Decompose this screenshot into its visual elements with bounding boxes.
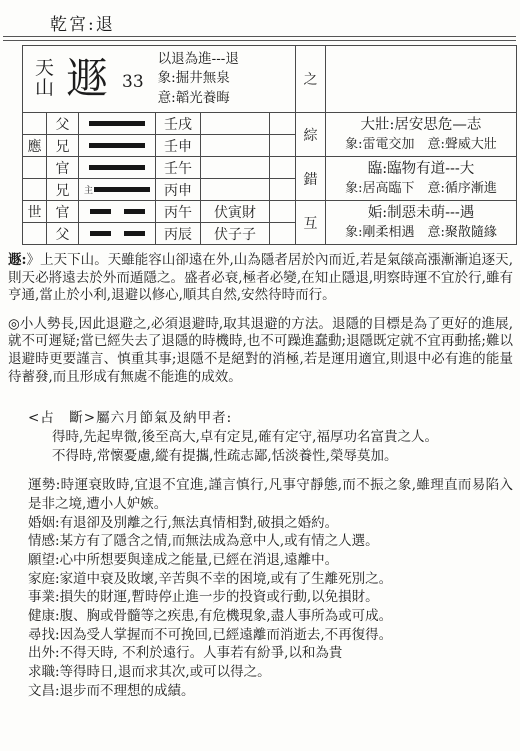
aspect-label: 婚姻:	[28, 515, 60, 531]
hexagram-number: 33	[114, 66, 152, 92]
relation-detail: 象:剛柔相遇 意:聚散隨緣	[326, 224, 516, 242]
line-marker	[23, 223, 47, 245]
aspect-text: 不得天時, 不利於遠行。人事若有紛爭,以和為貴	[60, 645, 343, 661]
relation-desc-cuo: 臨:臨物有道---大 象:居高臨下 意:循序漸進	[326, 157, 517, 201]
aspect-label: 尋找:	[28, 627, 60, 643]
aspect-text: 等得時日,退而求其次,或可以得之。	[60, 664, 271, 680]
line-ganzhi: 壬午	[156, 157, 201, 179]
spacer-cell	[270, 157, 296, 179]
aspect-text: 時運衰敗時,宜退不宜進,謹言慎行,凡事守靜態,而不振之象,雖理直而易陷入是非之境…	[28, 477, 513, 512]
relation-title: 大壯:居安思危—志	[326, 115, 516, 137]
relation-detail: 象:居高臨下 意:循序漸進	[326, 180, 516, 198]
line-relation: 官	[47, 201, 79, 223]
hexagram-name: 遯	[60, 58, 114, 100]
line-ganzhi: 丙辰	[156, 223, 201, 245]
aspect-yunshi: 運勢:時運衰敗時,宜退不宜進,謹言慎行,凡事守靜態,而不振之象,雖理直而易陷入是…	[28, 476, 513, 513]
aspect-text: 心中所想要與達成之能量,已經在消退,遠離中。	[60, 552, 339, 568]
yin-line	[79, 223, 156, 245]
aspect-chuwai: 出外:不得天時, 不利於遠行。人事若有紛爭,以和為貴	[28, 644, 513, 663]
relation-desc-zong: 大壯:居安思危—志 象:雷電交加 意:聲威大壯	[326, 113, 517, 157]
relation-title: 臨:臨物有道---大	[326, 159, 516, 181]
aspect-text: 腹、胸或骨髓等之疾患,有危機現象,盡人事所為或可成。	[60, 608, 393, 624]
aspect-wenchang: 文昌:退步而不理想的成績。	[28, 682, 513, 701]
aspect-jiating: 家庭:家道中衰及敗壞,辛苦與不幸的困境,或有了生離死別之。	[28, 570, 513, 589]
relation-label-zong: 綜	[296, 113, 326, 157]
header-divider	[3, 36, 516, 41]
line-marker: 世	[23, 201, 47, 223]
line-marker	[23, 113, 47, 135]
relation-label-hu: 互	[296, 201, 326, 245]
aspect-label: 健康:	[28, 608, 60, 624]
hexagram-table: 天 山 遯 33 以退為進---退 象:掘井無泉 意:韜光養晦 之 父 壬戌 綜…	[22, 45, 517, 245]
spacer-cell	[270, 201, 296, 223]
line-relation: 兄	[47, 135, 79, 157]
aspect-label: 情感:	[28, 533, 60, 549]
aspect-label: 事業:	[28, 589, 60, 605]
aspect-text: 損失的財運,暫時停止進一步的投資或行動,以免損財。	[60, 589, 379, 605]
spacer-cell	[270, 113, 296, 135]
yang-line	[79, 157, 156, 179]
trigram-stack: 天 山	[23, 59, 60, 99]
line-relation: 官	[47, 157, 79, 179]
zhi-target-cell	[326, 46, 517, 113]
hexagram-title-row: 天 山 遯 33 以退為進---退 象:掘井無泉 意:韜光養晦 之	[23, 46, 517, 113]
aspect-hunyin: 婚姻:有退卻及別離之行,無法真情相對,破損之婚約。	[28, 514, 513, 533]
spacer-cell	[270, 179, 296, 201]
main-paragraph: 遯:》上天下山。天雖能容山卻遠在外,山為隱者居於內而近,若是氣燄高漲漸漸追逐天,…	[8, 252, 513, 305]
relation-detail: 象:雷電交加 意:聲威大壯	[326, 136, 516, 154]
line-row-4: 官 壬午 錯 臨:臨物有道---大 象:居高臨下 意:循序漸進	[23, 157, 517, 179]
yang-line	[79, 135, 156, 157]
aspect-text: 因為受人掌握而不可挽回,已經遠離而消逝去,不再復得。	[60, 627, 393, 643]
relation-label-cuo: 錯	[296, 157, 326, 201]
aspect-shiye: 事業:損失的財運,暫時停止進一步的投資或行動,以免損財。	[28, 588, 513, 607]
hexagram-motto-block: 以退為進---退 象:掘井無泉 意:韜光養晦	[152, 50, 239, 109]
secondary-paragraph: ◎小人勢長,因此退避之,必須退避時,取其退避的方法。退隱的目標是為了更好的進展,…	[8, 316, 513, 386]
line-ganzhi: 丙申	[156, 179, 201, 201]
line-relation: 父	[47, 113, 79, 135]
spacer-cell	[270, 223, 296, 245]
aspect-label: 文昌:	[28, 683, 60, 699]
divination-section: <占 斷>屬六月節氣及納甲者: 得時,先起卑微,後至高大,卓有定見,確有定守,福…	[8, 409, 513, 465]
aspect-yuanwang: 願望:心中所想要與達成之能量,已經在消退,遠離中。	[28, 551, 513, 570]
trigram-bottom: 山	[35, 79, 54, 99]
relation-title: 姤:制惡未萌---遇	[326, 203, 516, 225]
hexagram-xiang: 象:掘井無泉	[158, 69, 239, 89]
relation-desc-hu: 姤:制惡未萌---遇 象:剛柔相遇 意:聚散隨緣	[326, 201, 517, 245]
line-hidden	[201, 135, 270, 157]
aspect-text: 家道中衰及敗壞,辛苦與不幸的困境,或有了生離死別之。	[60, 571, 393, 587]
divination-line-favourable: 得時,先起卑微,後至高大,卓有定見,確有定守,福厚功名富貴之人。	[28, 428, 513, 447]
divination-heading: <占 斷>屬六月節氣及納甲者:	[28, 409, 513, 428]
line-marker	[23, 179, 47, 201]
aspect-label: 出外:	[28, 645, 60, 661]
yang-line	[79, 113, 156, 135]
aspect-label: 求職:	[28, 664, 60, 680]
line-row-2: 世 官 丙午 伏寅財 互 姤:制惡未萌---遇 象:剛柔相遇 意:聚散隨緣	[23, 201, 517, 223]
line-relation: 兄	[47, 179, 79, 201]
hexagram-yi: 意:韜光養晦	[158, 89, 239, 109]
aspects-list: 運勢:時運衰敗時,宜退不宜進,謹言慎行,凡事守靜態,而不振之象,雖理直而易陷入是…	[8, 476, 513, 700]
aspect-label: 願望:	[28, 552, 60, 568]
line-marker: 應	[23, 135, 47, 157]
line-ganzhi: 壬戌	[156, 113, 201, 135]
main-paragraph-text: 》上天下山。天雖能容山卻遠在外,山為隱者居於內而近,若是氣燄高漲漸漸追逐天,則天…	[8, 252, 513, 303]
yin-line	[79, 201, 156, 223]
spacer-cell	[270, 135, 296, 157]
yang-line-marked: 主	[79, 179, 156, 201]
line-row-6: 父 壬戌 綜 大壯:居安思危—志 象:雷電交加 意:聲威大壯	[23, 113, 517, 135]
line-hidden	[201, 113, 270, 135]
aspect-text: 某方有了隱含之情,而無法成為意中人,或有情之人選。	[60, 533, 379, 549]
line-marker	[23, 157, 47, 179]
palace-header: 乾宮:退	[50, 10, 115, 35]
line-hidden	[201, 179, 270, 201]
aspect-label: 運勢:	[28, 477, 60, 493]
main-paragraph-label: 遯:	[8, 252, 27, 268]
aspect-xunzhao: 尋找:因為受人掌握而不可挽回,已經遠離而消逝去,不再復得。	[28, 626, 513, 645]
divination-line-unfavourable: 不得時,常懷憂慮,縱有提攜,性疏志鄙,恬淡養性,榮辱莫加。	[28, 447, 513, 466]
line-hidden: 伏子子	[201, 223, 270, 245]
trigram-top: 天	[35, 59, 54, 79]
body-text-column: 遯:》上天下山。天雖能容山卻遠在外,山為隱者居於內而近,若是氣燄高漲漸漸追逐天,…	[8, 252, 513, 701]
hexagram-motto: 以退為進---退	[158, 50, 239, 70]
aspect-label: 家庭:	[28, 571, 60, 587]
aspect-qiuzhi: 求職:等得時日,退而求其次,或可以得之。	[28, 663, 513, 682]
hexagram-title-cell: 天 山 遯 33 以退為進---退 象:掘井無泉 意:韜光養晦	[23, 46, 296, 113]
line-ganzhi: 丙午	[156, 201, 201, 223]
line-hidden: 伏寅財	[201, 201, 270, 223]
aspect-jiankang: 健康:腹、胸或骨髓等之疾患,有危機現象,盡人事所為或可成。	[28, 607, 513, 626]
zhi-cell: 之	[296, 46, 326, 113]
line-relation: 父	[47, 223, 79, 245]
aspect-text: 退步而不理想的成績。	[60, 683, 195, 699]
aspect-qinggan: 情感:某方有了隱含之情,而無法成為意中人,或有情之人選。	[28, 532, 513, 551]
line-prefix: 主	[84, 183, 93, 196]
line-ganzhi: 壬申	[156, 135, 201, 157]
aspect-text: 有退卻及別離之行,無法真情相對,破損之婚約。	[60, 515, 339, 531]
line-hidden	[201, 157, 270, 179]
